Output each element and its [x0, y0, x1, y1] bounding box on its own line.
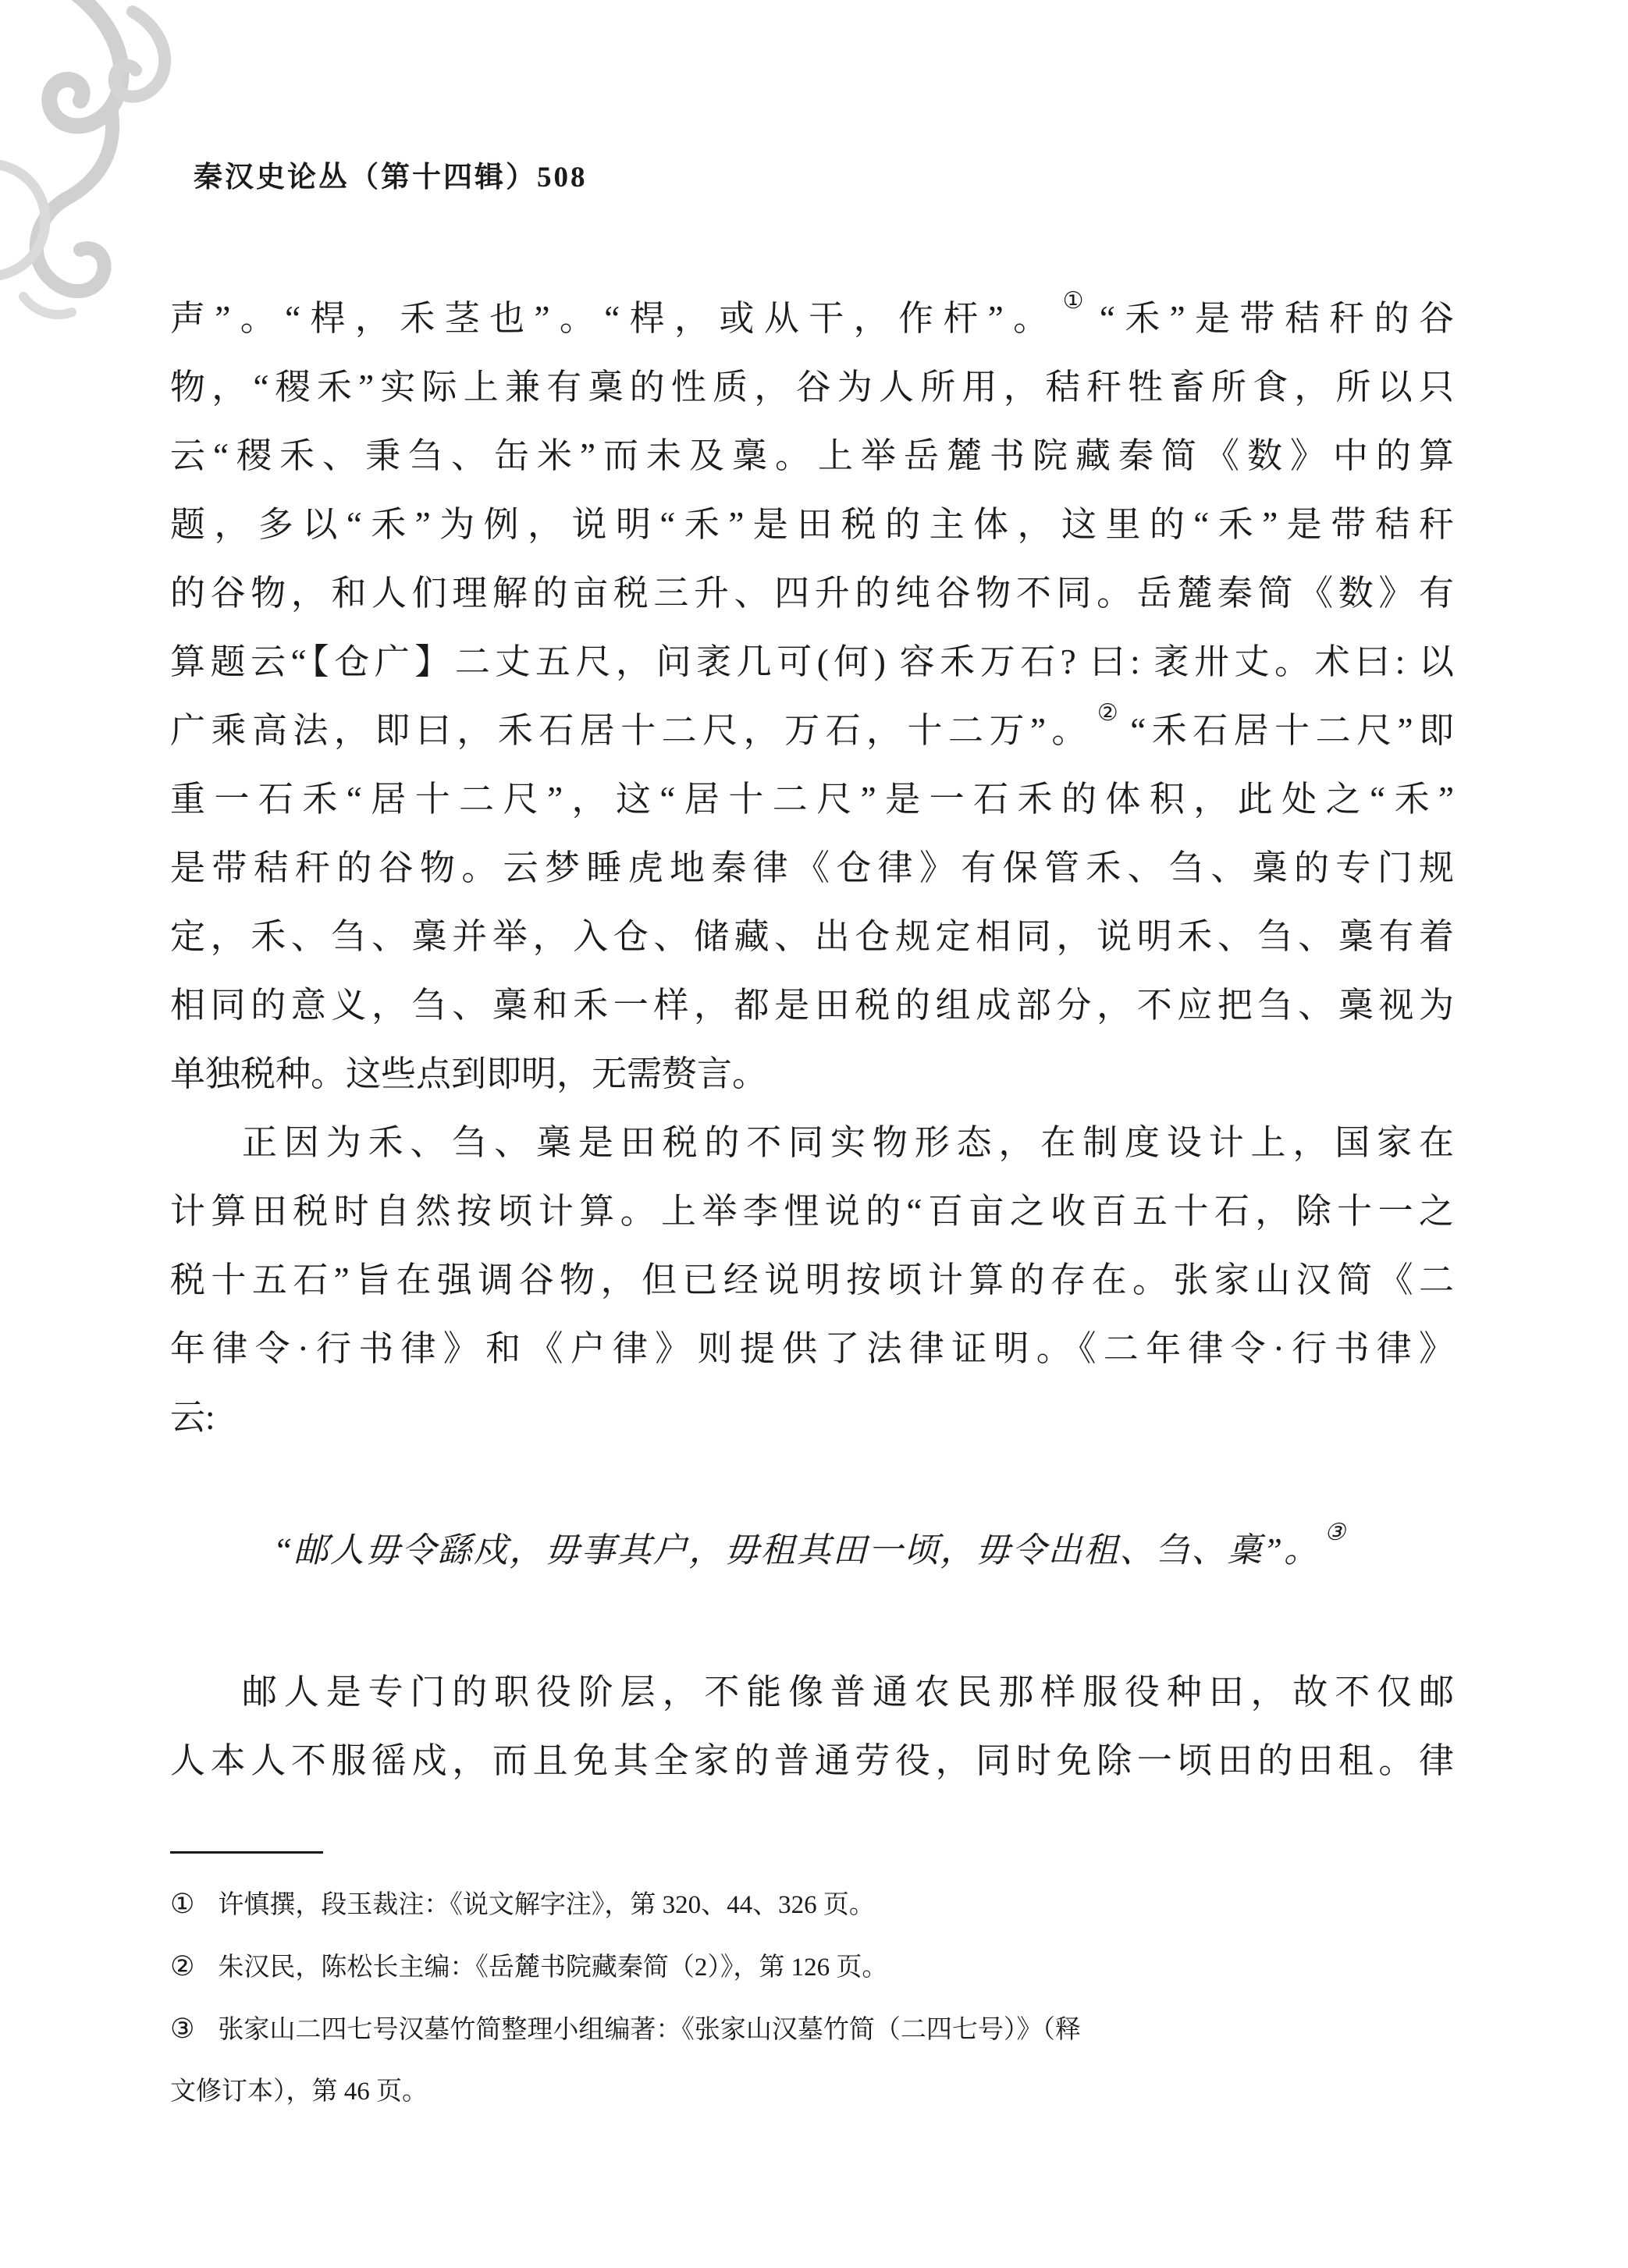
footnote-item-continued: 文修订本），第 46 页。	[170, 2060, 1481, 2123]
body-line: 物，“稷禾”实际上兼有稾的性质，谷为人所用，秸秆牲畜所食，所以只	[170, 353, 1454, 421]
body-line: 声”。“桿，禾茎也”。“桿，或从干，作杆”。①“禾”是带秸秆的谷	[170, 284, 1454, 353]
body-line-text: “禾”是带秸秆的谷	[1100, 299, 1454, 338]
body-text: 声”。“桿，禾茎也”。“桿，或从干，作杆”。①“禾”是带秸秆的谷 物，“稷禾”实…	[170, 284, 1454, 1452]
body-line-text: 声”。“桿，禾茎也”。“桿，或从干，作杆”。	[170, 299, 1058, 338]
footnote-number: ③	[170, 1998, 194, 2060]
footnote-text: 文修订本），第 46 页。	[170, 2078, 428, 2106]
body-line: 算题云“【仓广】二丈五尺，问袤几可(何) 容禾万石? 曰: 袤卅丈。术曰: 以	[170, 627, 1454, 696]
block-quote: “邮人毋令繇戍，毋事其户，毋租其田一顷，毋令出租、刍、稾”。③	[273, 1516, 1491, 1585]
body-line: 广乘高法，即曰，禾石居十二尺，万石，十二万”。②“禾石居十二尺”即	[170, 696, 1454, 765]
footnote-text: 张家山二四七号汉墓竹简整理小组编著：《张家山汉墓竹简（二四七号）》（释	[218, 2016, 1081, 2044]
body-line: 相同的意义，刍、稾和禾一样，都是田税的组成部分，不应把刍、稾视为	[170, 971, 1454, 1040]
body-text-continued: 邮人是专门的职役阶层，不能像普通农民那样服役种田，故不仅邮 人本人不服徭戍，而且…	[170, 1658, 1454, 1795]
footnote-number: ①	[170, 1873, 194, 1936]
quote-text: “邮人毋令繇戍，毋事其户，毋租其田一顷，毋令出租、刍、稾”。	[273, 1531, 1320, 1569]
body-line: 的谷物，和人们理解的亩税三升、四升的纯谷物不同。岳麓秦简《数》有	[170, 559, 1454, 627]
body-line-text: 广乘高法，即曰，禾石居十二尺，万石，十二万”。	[170, 711, 1093, 750]
body-line: 单独税种。这些点到即明，无需赘言。	[170, 1040, 1454, 1108]
book-page: 秦汉史论丛（第十四辑）508 声”。“桿，禾茎也”。“桿，或从干，作杆”。①“禾…	[0, 0, 1628, 2268]
footnote-ref-3: ③	[1324, 1520, 1347, 1545]
body-line: 题，多以“禾”为例，说明“禾”是田税的主体，这里的“禾”是带秸秆	[170, 490, 1454, 559]
body-line: 正因为禾、刍、稾是田税的不同实物形态，在制度设计上，国家在	[170, 1108, 1454, 1177]
body-line: 年律令·行书律》和《户律》则提供了法律证明。《二年律令·行书律》	[170, 1314, 1454, 1383]
footnote-item: ①许慎撰，段玉裁注：《说文解字注》，第 320、44、326 页。	[170, 1873, 1481, 1936]
body-line: 人本人不服徭戍，而且免其全家的普通劳役，同时免除一顷田的田租。律	[170, 1726, 1454, 1795]
footnote-separator	[170, 1851, 323, 1854]
body-line: 重一石禾“居十二尺”，这“居十二尺”是一石禾的体积，此处之“禾”	[170, 765, 1454, 834]
footnote-item: ②朱汉民，陈松长主编：《岳麓书院藏秦简（2）》，第 126 页。	[170, 1936, 1481, 1998]
footnote-number: ②	[170, 1936, 194, 1998]
body-line: 税十五石”旨在强调谷物，但已经说明按顷计算的存在。张家山汉简《二	[170, 1246, 1454, 1314]
body-line: 邮人是专门的职役阶层，不能像普通农民那样服役种田，故不仅邮	[170, 1658, 1454, 1726]
footnote-item: ③张家山二四七号汉墓竹简整理小组编著：《张家山汉墓竹简（二四七号）》（释	[170, 1998, 1481, 2060]
body-line: 定，禾、刍、稾并举，入仓、储藏、出仓规定相同，说明禾、刍、稾有着	[170, 902, 1454, 971]
body-line: 计算田税时自然按顷计算。上举李悝说的“百亩之收百五十石，除十一之	[170, 1177, 1454, 1246]
footnotes: ①许慎撰，段玉裁注：《说文解字注》，第 320、44、326 页。 ②朱汉民，陈…	[170, 1873, 1481, 2123]
footnote-text: 朱汉民，陈松长主编：《岳麓书院藏秦简（2）》，第 126 页。	[218, 1953, 887, 1982]
body-line-text: “禾石居十二尺”即	[1130, 711, 1454, 750]
footnote-ref-1: ①	[1063, 288, 1093, 314]
running-header: 秦汉史论丛（第十四辑）508	[194, 153, 588, 195]
footnote-text: 许慎撰，段玉裁注：《说文解字注》，第 320、44、326 页。	[218, 1891, 875, 1919]
body-line: 云:	[170, 1383, 1454, 1452]
body-line: 是带秸秆的谷物。云梦睡虎地秦律《仓律》有保管禾、刍、稾的专门规	[170, 834, 1454, 902]
footnote-ref-2: ②	[1097, 700, 1124, 726]
body-line: 云“稷禾、秉刍、缶米”而未及稾。上举岳麓书院藏秦简《数》中的算	[170, 421, 1454, 490]
